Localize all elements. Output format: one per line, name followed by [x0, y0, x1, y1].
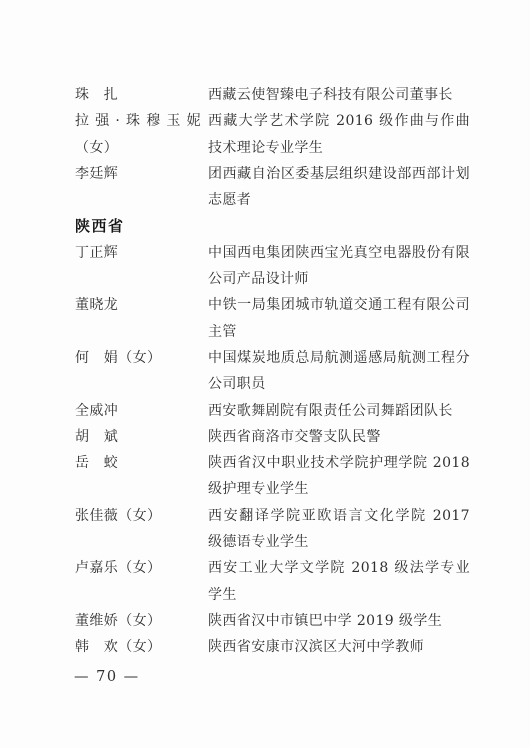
list-item: 卢嘉乐（女） 西安工业大学文学院 2018 级法学专业学生 [75, 555, 475, 608]
person-name: 全威冲 [75, 398, 208, 424]
person-name: 丁正辉 [75, 240, 208, 266]
person-name: 岳 蛟 [75, 450, 208, 476]
list-item: 何 娟（女） 中国煤炭地质总局航测遥感局航测工程分公司职员 [75, 345, 475, 398]
list-item: 韩 欢（女） 陕西省安康市汉滨区大河中学教师 [75, 634, 475, 660]
list-item: 岳 蛟 陕西省汉中职业技术学院护理学院 2018 级护理专业学生 [75, 450, 475, 503]
person-description: 陕西省安康市汉滨区大河中学教师 [208, 634, 470, 660]
list-item: 珠 扎 西藏云使智臻电子科技有限公司董事长 [75, 82, 475, 108]
person-description: 团西藏自治区委基层组织建设部西部计划志愿者 [208, 161, 470, 214]
person-description: 陕西省汉中市镇巴中学 2019 级学生 [208, 608, 470, 634]
person-name: 李廷辉 [75, 161, 208, 187]
person-name: 胡 斌 [75, 424, 208, 450]
person-name: 卢嘉乐（女） [75, 555, 208, 581]
person-description: 西安歌舞剧院有限责任公司舞蹈团队长 [208, 398, 470, 424]
roster-list: 珠 扎 西藏云使智臻电子科技有限公司董事长 拉强·珠穆玉妮（女） 西藏大学艺术学… [75, 82, 475, 661]
list-item: 董晓龙 中铁一局集团城市轨道交通工程有限公司主管 [75, 292, 475, 345]
person-name: 韩 欢（女） [75, 634, 208, 660]
document-page: 珠 扎 西藏云使智臻电子科技有限公司董事长 拉强·珠穆玉妮（女） 西藏大学艺术学… [0, 0, 530, 748]
person-name: 珠 扎 [75, 82, 208, 108]
person-description: 中国西电集团陕西宝光真空电器股份有限公司产品设计师 [208, 240, 470, 293]
list-item: 丁正辉 中国西电集团陕西宝光真空电器股份有限公司产品设计师 [75, 240, 475, 293]
person-description: 陕西省商洛市交警支队民警 [208, 424, 470, 450]
person-name: 董晓龙 [75, 292, 208, 318]
person-name: 拉强·珠穆玉妮（女） [75, 108, 208, 161]
person-description: 西安工业大学文学院 2018 级法学专业学生 [208, 555, 470, 608]
person-name: 何 娟（女） [75, 345, 208, 371]
person-description: 中国煤炭地质总局航测遥感局航测工程分公司职员 [208, 345, 470, 398]
list-item: 李廷辉 团西藏自治区委基层组织建设部西部计划志愿者 [75, 161, 475, 214]
list-item: 张佳薇（女） 西安翻译学院亚欧语言文化学院 2017 级德语专业学生 [75, 503, 475, 556]
person-description: 中铁一局集团城市轨道交通工程有限公司主管 [208, 292, 470, 345]
person-description: 西安翻译学院亚欧语言文化学院 2017 级德语专业学生 [208, 503, 470, 556]
list-item: 董维娇（女） 陕西省汉中市镇巴中学 2019 级学生 [75, 608, 475, 634]
list-item: 全威冲 西安歌舞剧院有限责任公司舞蹈团队长 [75, 398, 475, 424]
person-name: 张佳薇（女） [75, 503, 208, 529]
person-name: 董维娇（女） [75, 608, 208, 634]
page-footer: — 70 — [74, 664, 140, 690]
person-description: 西藏云使智臻电子科技有限公司董事长 [208, 82, 470, 108]
person-description: 西藏大学艺术学院 2016 级作曲与作曲技术理论专业学生 [208, 108, 470, 161]
list-item: 胡 斌 陕西省商洛市交警支队民警 [75, 424, 475, 450]
person-description: 陕西省汉中职业技术学院护理学院 2018 级护理专业学生 [208, 450, 470, 503]
section-heading-shaanxi: 陕西省 [75, 213, 475, 239]
list-item: 拉强·珠穆玉妮（女） 西藏大学艺术学院 2016 级作曲与作曲技术理论专业学生 [75, 108, 475, 161]
page-number: — 70 — [74, 669, 140, 685]
